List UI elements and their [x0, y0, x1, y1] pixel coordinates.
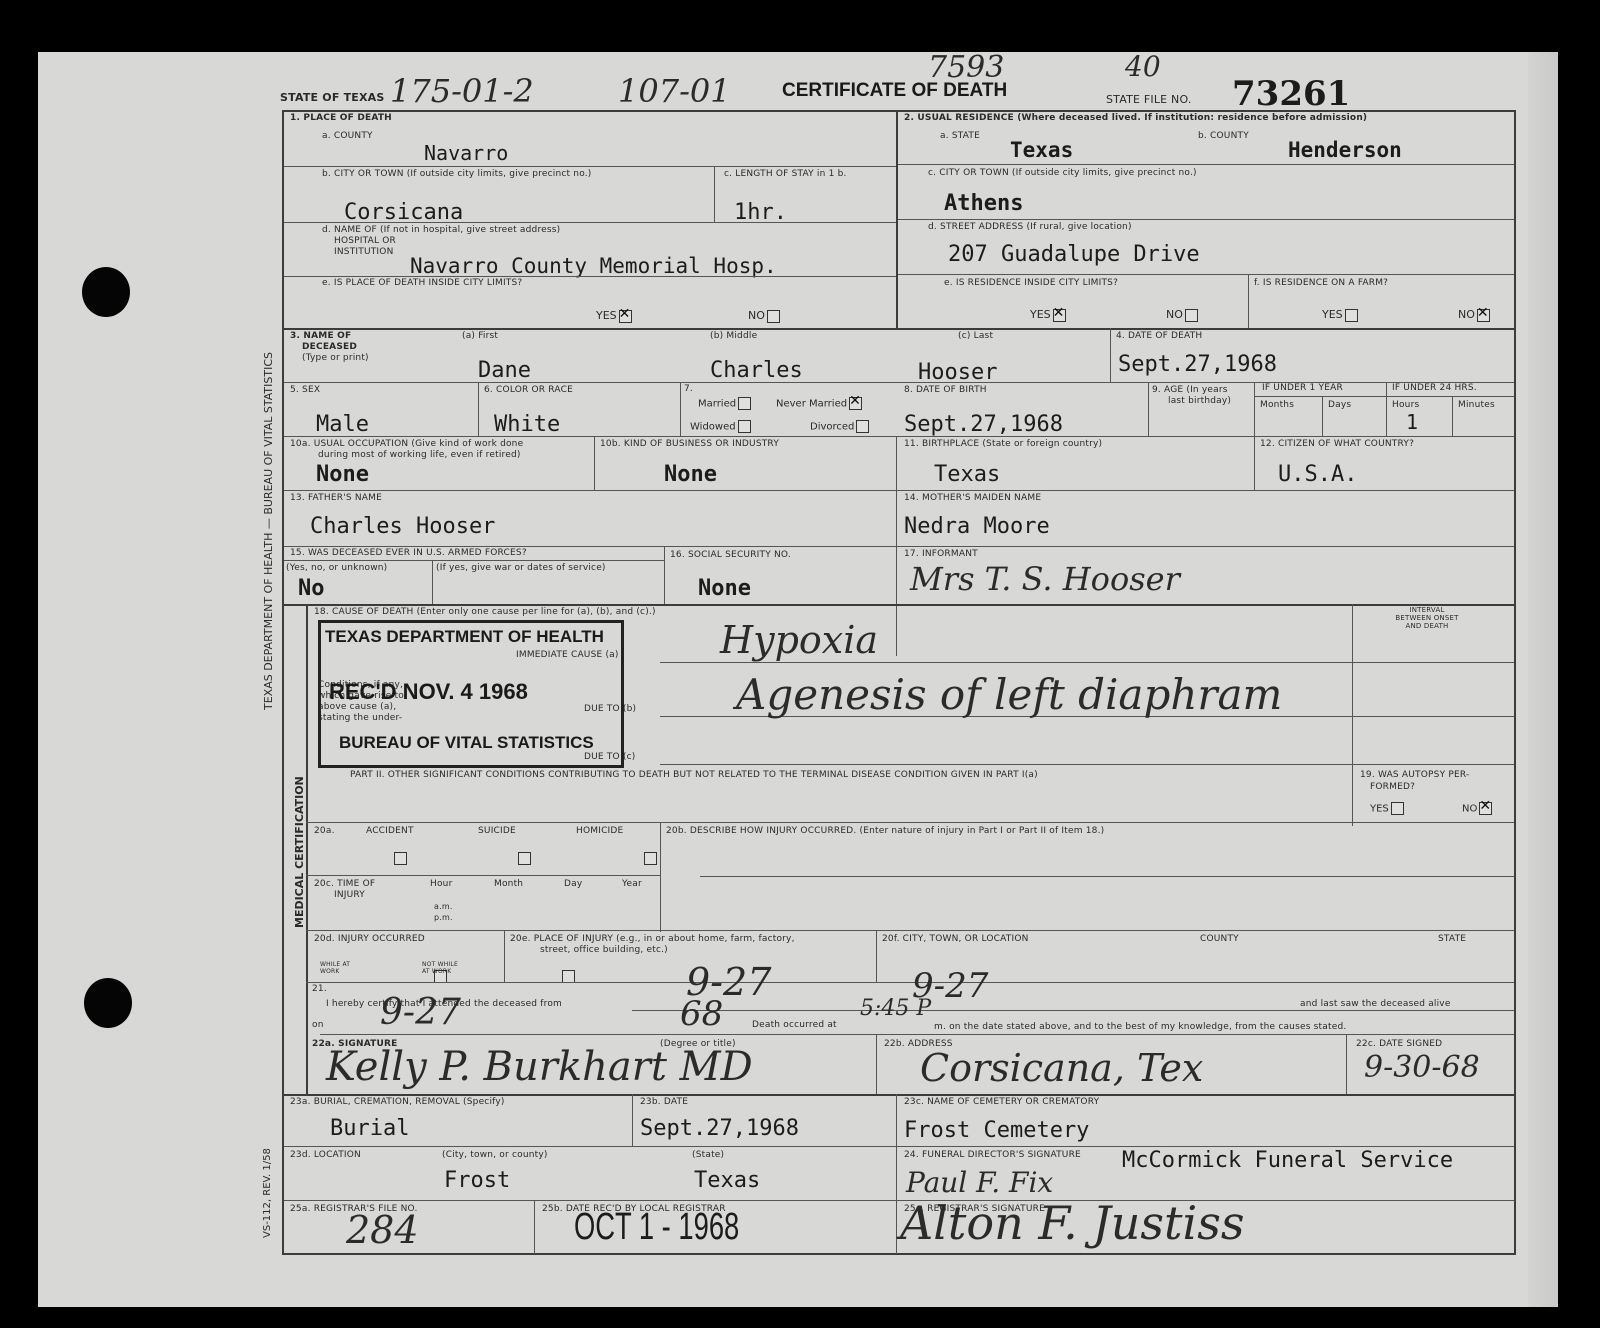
date-of-death-label: 4. DATE OF DEATH — [1116, 331, 1202, 341]
row-line — [306, 875, 660, 876]
checkbox-checked[interactable] — [849, 397, 862, 410]
received-stamp: TEXAS DEPARTMENT OF HEALTH REC'D NOV. 4 … — [318, 620, 624, 768]
yes-label: YES — [1370, 804, 1389, 815]
dob-value: Sept.27,1968 — [904, 412, 1063, 437]
burial-date-value: Sept.27,1968 — [640, 1116, 799, 1141]
residence-county-label: b. COUNTY — [1198, 131, 1249, 141]
checkbox-checked[interactable] — [1479, 802, 1492, 815]
hours-label: Hours — [1392, 400, 1419, 410]
cause-label: 18. CAUSE OF DEATH (Enter only one cause… — [314, 607, 656, 617]
am-label: a.m. — [434, 902, 453, 911]
funeral-home-value: McCormick Funeral Service — [1122, 1148, 1453, 1173]
pm-label: p.m. — [434, 913, 453, 922]
res-inside-limits-label: e. IS RESIDENCE INSIDE CITY LIMITS? — [944, 278, 1118, 288]
frame-right — [1514, 110, 1516, 1255]
months-label: Months — [1260, 400, 1294, 410]
hours-value: 1 — [1406, 410, 1418, 434]
hospital-value: Navarro County Memorial Hosp. — [410, 254, 777, 278]
cert-number-label: 21. — [312, 984, 327, 994]
date-signed-value: 9-30-68 — [1364, 1050, 1480, 1085]
divorced-label: Divorced — [810, 422, 854, 433]
birthplace-label: 11. BIRTHPLACE (State or foreign country… — [904, 439, 1102, 449]
cert-on-label: on — [312, 1020, 324, 1030]
res-inside-no[interactable]: NO — [1166, 308, 1198, 322]
immediate-cause-value: Hypoxia — [720, 618, 878, 662]
hospital-label-2: HOSPITAL OR — [334, 236, 396, 246]
autopsy-no[interactable]: NO — [1462, 802, 1492, 815]
row-line — [898, 164, 1514, 165]
location-label: 23d. LOCATION — [290, 1150, 361, 1160]
due-to-b-value: Agenesis of left diaphram — [736, 670, 1282, 719]
row-line — [898, 219, 1514, 220]
res-inside-yes[interactable]: YES — [1030, 308, 1066, 322]
autopsy-label: 19. WAS AUTOPSY PER- — [1360, 770, 1469, 780]
farm-yes[interactable]: YES — [1322, 308, 1358, 322]
frame-top — [282, 110, 1516, 112]
armed-sub-label-2: (If yes, give war or dates of service) — [436, 563, 606, 573]
physician-signature: Kelly P. Burkhart MD — [326, 1044, 753, 1090]
col-line — [478, 382, 479, 436]
row-line — [284, 560, 664, 561]
cert-text-2: and last saw the deceased alive — [1300, 999, 1451, 1009]
hospital-label: d. NAME OF (If not in hospital, give str… — [322, 225, 560, 235]
death-at-label: Death occurred at — [752, 1020, 837, 1030]
not-while-work-label: NOT WHILE AT WORK — [422, 961, 466, 975]
col-line — [1254, 382, 1255, 436]
punch-hole-top — [82, 267, 130, 317]
name-label-3: (Type or print) — [302, 353, 369, 363]
county-label: a. COUNTY — [322, 131, 373, 141]
row-line — [1254, 396, 1514, 397]
while-work-label: WHILE AT WORK — [320, 961, 364, 975]
col-line — [1110, 328, 1111, 382]
informant-signature: Mrs T. S. Hooser — [910, 560, 1180, 598]
medical-certification-label: MEDICAL CERTIFICATION — [293, 776, 306, 928]
address-value: Corsicana, Tex — [920, 1046, 1203, 1090]
cert-line-2 — [320, 1034, 1514, 1035]
injury-c-label-2: INJURY — [334, 890, 365, 900]
suicide-checkbox[interactable] — [518, 852, 531, 865]
injury-e-label-2: street, office building, etc.) — [540, 945, 668, 955]
street-value: 207 Guadalupe Drive — [948, 242, 1200, 267]
injury-f-label: 20f. CITY, TOWN, OR LOCATION — [882, 934, 1029, 944]
part2-label: PART II. OTHER SIGNIFICANT CONDITIONS CO… — [350, 770, 1038, 780]
yes-label: YES — [596, 309, 617, 322]
col-line — [664, 546, 665, 604]
sex-value: Male — [316, 412, 369, 437]
row-line — [306, 982, 1514, 983]
race-value: White — [494, 412, 560, 437]
cert-on-date: 9-27 — [380, 992, 461, 1033]
occupation-value: None — [316, 462, 369, 487]
residence-state-value: Texas — [1010, 138, 1073, 162]
col-line — [1346, 1034, 1347, 1094]
yes-label: YES — [1030, 308, 1051, 321]
handwritten-code-1: 175-01-2 — [390, 72, 534, 110]
col-line — [896, 1094, 897, 1254]
col-line — [432, 560, 433, 604]
checkbox-unchecked[interactable] — [1185, 309, 1198, 322]
col-line — [1386, 382, 1387, 436]
cert-line-1 — [632, 1010, 1514, 1011]
citizen-value: U.S.A. — [1278, 462, 1357, 487]
farm-label: f. IS RESIDENCE ON A FARM? — [1254, 278, 1388, 288]
business-label: 10b. KIND OF BUSINESS OR INDUSTRY — [600, 439, 779, 449]
stamp-line-3: BUREAU OF VITAL STATISTICS — [339, 733, 594, 753]
checkbox-unchecked[interactable] — [767, 310, 780, 323]
death-inside-no[interactable]: NO — [748, 309, 780, 323]
row-line — [284, 546, 1514, 547]
injury-county-label: COUNTY — [1200, 934, 1239, 944]
father-label: 13. FATHER'S NAME — [290, 493, 382, 503]
ssn-value: None — [698, 576, 751, 601]
under-1-year-label: IF UNDER 1 YEAR — [1262, 383, 1343, 393]
frame-bottom — [282, 1253, 1516, 1255]
citizen-label: 12. CITIZEN OF WHAT COUNTRY? — [1260, 439, 1414, 449]
mother-label: 14. MOTHER'S MAIDEN NAME — [904, 493, 1041, 503]
never-married-label: Never Married — [776, 399, 847, 410]
burial-method-label: 23a. BURIAL, CREMATION, REMOVAL (Specify… — [290, 1097, 505, 1107]
days-label: Days — [1328, 400, 1351, 410]
name-label: 3. NAME OF — [290, 331, 351, 341]
burial-method-value: Burial — [330, 1116, 409, 1141]
form-number: VS-112, REV. 1/58 — [262, 1148, 273, 1238]
ssn-label: 16. SOCIAL SECURITY NO. — [670, 550, 791, 560]
col-line — [504, 930, 505, 982]
first-name-label: (a) First — [462, 331, 498, 341]
col-line — [876, 930, 877, 982]
residence-state-label: a. STATE — [940, 131, 980, 141]
col-line — [1248, 274, 1249, 328]
row-line — [306, 930, 1514, 931]
funeral-director-label: 24. FUNERAL DIRECTOR'S SIGNATURE — [904, 1150, 1081, 1160]
date-received-value: OCT 1 - 1968 — [574, 1206, 739, 1249]
col-line — [1148, 382, 1149, 436]
cert-text-3: m. on the date stated above, and to the … — [934, 1022, 1346, 1032]
burial-city-value: Frost — [444, 1168, 510, 1193]
race-label: 6. COLOR OR RACE — [484, 385, 573, 395]
accident-label: ACCIDENT — [366, 826, 414, 836]
col-line — [714, 166, 715, 222]
checkbox-unchecked[interactable] — [856, 420, 869, 433]
mother-value: Nedra Moore — [904, 514, 1050, 539]
row-line — [700, 876, 1514, 877]
cemetery-label: 23c. NAME OF CEMETERY OR CREMATORY — [904, 1097, 1099, 1107]
widowed-label: Widowed — [690, 422, 736, 433]
injury-b-label: 20b. DESCRIBE HOW INJURY OCCURRED. (Ente… — [666, 826, 1104, 836]
armed-forces-label: 15. WAS DECEASED EVER IN U.S. ARMED FORC… — [290, 548, 527, 558]
col-line — [632, 1094, 633, 1146]
col-line — [1254, 436, 1255, 490]
funeral-director-signature: Paul F. Fix — [906, 1166, 1053, 1199]
place-of-death-label: 1. PLACE OF DEATH — [290, 113, 392, 123]
stay-label: c. LENGTH OF STAY in 1 b. — [724, 169, 864, 179]
inside-limits-label: e. IS PLACE OF DEATH INSIDE CITY LIMITS? — [322, 278, 522, 288]
autopsy-label-2: FORMED? — [1370, 782, 1415, 792]
page-edge — [1528, 52, 1558, 1307]
homicide-checkbox[interactable] — [644, 852, 657, 865]
usual-residence-label: 2. USUAL RESIDENCE (Where deceased lived… — [904, 113, 1367, 123]
middle-name-label: (b) Middle — [710, 331, 757, 341]
hospital-label-3: INSTITUTION — [334, 247, 394, 257]
row-line — [284, 1200, 1514, 1201]
row-line — [284, 328, 1514, 330]
checkbox-unchecked[interactable] — [738, 397, 751, 410]
suicide-label: SUICIDE — [478, 826, 516, 836]
yes-label: YES — [1322, 308, 1343, 321]
state-file-number: 73261 — [1232, 74, 1350, 114]
farm-no[interactable]: NO — [1458, 308, 1490, 322]
row-line — [284, 166, 896, 167]
never-married-option[interactable]: Never Married — [776, 397, 862, 410]
death-inside-yes[interactable]: YES — [596, 309, 632, 323]
punch-hole-bottom — [84, 978, 132, 1028]
occupation-label: 10a. USUAL OCCUPATION (Give kind of work… — [290, 439, 523, 449]
stamp-line-1: TEXAS DEPARTMENT OF HEALTH — [325, 627, 604, 647]
row-line — [284, 604, 1514, 606]
no-label: NO — [1166, 308, 1183, 321]
married-option[interactable]: Married — [698, 397, 751, 410]
checkbox-checked[interactable] — [1053, 309, 1066, 322]
armed-sub-label-1: (Yes, no, or unknown) — [286, 563, 387, 573]
residence-county-value: Henderson — [1288, 138, 1402, 162]
checkbox-unchecked[interactable] — [738, 420, 751, 433]
location-city-label: (City, town, or county) — [442, 1150, 548, 1160]
col-line — [534, 1200, 535, 1254]
homicide-label: HOMICIDE — [576, 826, 623, 836]
row-line — [284, 276, 896, 277]
age-label: 9. AGE (In years — [1152, 385, 1228, 395]
stamp-line-2: REC'D NOV. 4 1968 — [329, 679, 528, 705]
minutes-label: Minutes — [1458, 400, 1495, 410]
city-label: b. CITY OR TOWN (If outside city limits,… — [322, 169, 592, 179]
divorced-option[interactable]: Divorced — [810, 420, 869, 433]
widowed-option[interactable]: Widowed — [690, 420, 751, 433]
col-line — [1352, 604, 1353, 826]
state-label: STATE OF TEXAS — [280, 91, 385, 104]
father-value: Charles Hooser — [310, 514, 495, 539]
checkbox-checked[interactable] — [619, 310, 632, 323]
row-line — [284, 222, 896, 223]
street-label: d. STREET ADDRESS (If rural, give locati… — [928, 222, 1132, 232]
date-of-death-value: Sept.27,1968 — [1118, 352, 1277, 377]
row-line — [284, 436, 1514, 437]
interval-label: INTERVAL BETWEEN ONSET AND DEATH — [1392, 606, 1462, 630]
injury-state-label: STATE — [1438, 934, 1466, 944]
age-label-2: last birthday) — [1168, 396, 1231, 406]
sex-label: 5. SEX — [290, 385, 320, 395]
handwritten-top-1: 7593 — [928, 50, 1004, 85]
date-signed-label: 22c. DATE SIGNED — [1356, 1039, 1442, 1049]
col-line — [680, 382, 681, 436]
marital-label: 7. — [684, 384, 693, 394]
col-line — [1452, 396, 1453, 436]
row-line — [284, 490, 1514, 491]
handwritten-code-2: 107-01 — [618, 72, 731, 110]
occupation-label-2: during most of working life, even if ret… — [318, 450, 521, 460]
burial-date-label: 23b. DATE — [640, 1097, 688, 1107]
accident-checkbox[interactable] — [394, 852, 407, 865]
dob-label: 8. DATE OF BIRTH — [904, 385, 987, 395]
residence-city-label: c. CITY OR TOWN (If outside city limits,… — [928, 168, 1197, 178]
checkbox-checked[interactable] — [1477, 309, 1490, 322]
armed-forces-value: No — [298, 576, 325, 601]
checkbox-unchecked[interactable] — [1345, 309, 1358, 322]
death-county-value: Navarro — [424, 141, 508, 165]
side-department-text: TEXAS DEPARTMENT OF HEALTH — BUREAU OF V… — [262, 352, 275, 710]
injury-a-label: 20a. — [314, 826, 335, 836]
cert-on-year: 68 — [680, 994, 723, 1034]
col-line — [1322, 396, 1323, 436]
checkbox-unchecked[interactable] — [1391, 802, 1404, 815]
business-value: None — [664, 462, 717, 487]
injury-e-label: 20e. PLACE OF INJURY (e.g., in or about … — [510, 934, 795, 944]
location-state-label: (State) — [692, 1150, 724, 1160]
frame-left — [282, 110, 284, 1255]
hour-label: Hour — [430, 879, 452, 889]
cause-line-c — [660, 764, 1514, 765]
row-line — [898, 274, 1514, 275]
first-name-value: Dane — [478, 358, 531, 383]
col-line — [876, 1034, 877, 1094]
last-name-label: (c) Last — [958, 331, 993, 341]
row-line — [284, 1146, 1514, 1147]
month-label: Month — [494, 879, 523, 889]
autopsy-yes[interactable]: YES — [1370, 802, 1404, 815]
injury-c-label: 20c. TIME OF — [314, 879, 375, 889]
name-label-2: DECEASED — [302, 342, 357, 352]
middle-name-value: Charles — [710, 358, 803, 383]
no-label: NO — [1462, 804, 1477, 815]
handwritten-top-2: 40 — [1125, 50, 1161, 83]
state-file-label: STATE FILE NO. — [1106, 93, 1192, 106]
cause-line-a — [660, 662, 1514, 663]
informant-label: 17. INFORMANT — [904, 549, 978, 559]
day-label: Day — [564, 879, 582, 889]
no-label: NO — [748, 309, 765, 322]
medical-left-line — [306, 604, 308, 1094]
injury-d-label: 20d. INJURY OCCURRED — [314, 934, 425, 944]
residence-city-value: Athens — [944, 191, 1023, 216]
registrar-signature: Alton F. Justiss — [900, 1196, 1244, 1250]
row-line — [306, 822, 1514, 823]
col-line — [660, 822, 661, 932]
no-label: NO — [1458, 308, 1475, 321]
registrar-file-value: 284 — [346, 1208, 419, 1252]
death-time-value: 5:45 P — [860, 996, 931, 1021]
col-line — [594, 436, 595, 490]
birthplace-value: Texas — [934, 462, 1000, 487]
married-label: Married — [698, 399, 736, 410]
burial-state-value: Texas — [694, 1168, 760, 1193]
under-24-hrs-label: IF UNDER 24 HRS. — [1392, 383, 1477, 393]
row-line — [284, 1094, 1514, 1096]
cemetery-value: Frost Cemetery — [904, 1118, 1089, 1143]
year-label: Year — [622, 879, 642, 889]
